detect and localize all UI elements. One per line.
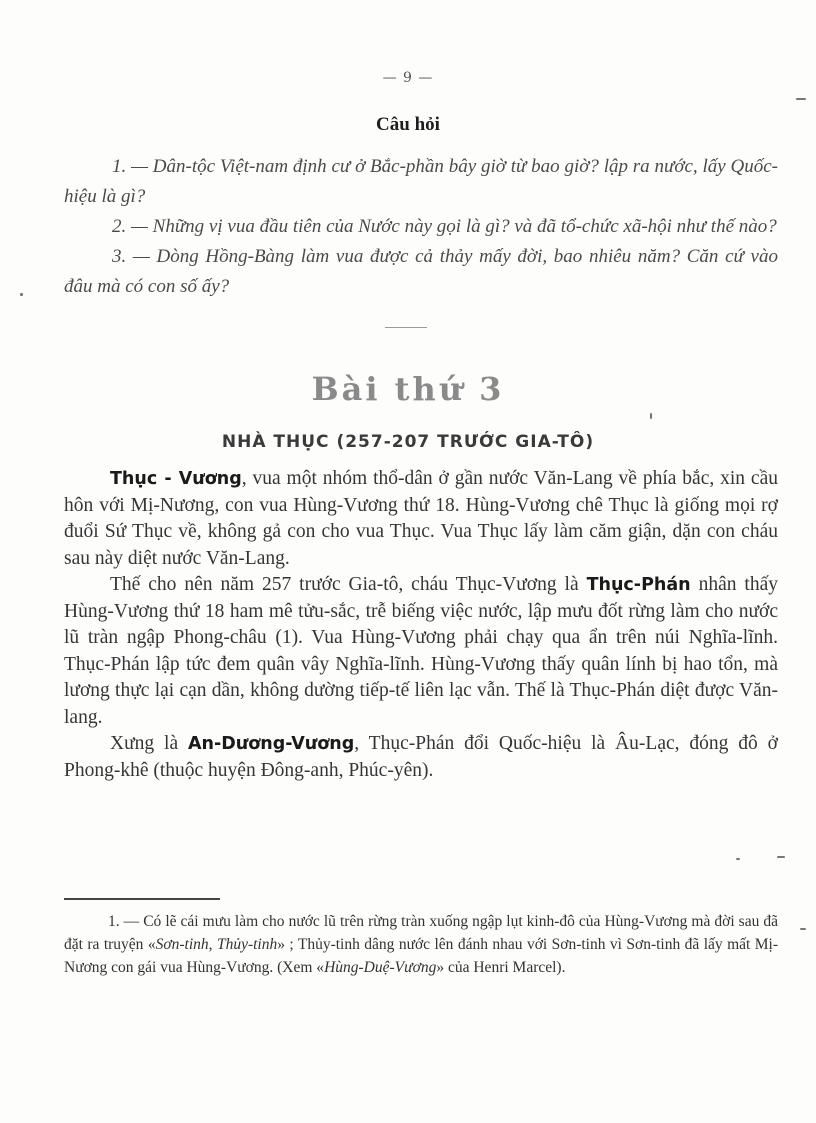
footnote: 1. — Có lẽ cái mưu làm cho nước lũ trên … [64,910,778,979]
paragraph-text: nhân thấy Hùng-Vương thứ 18 ham mê tửu-s… [64,574,778,728]
footnote-rule [64,898,220,900]
scan-speck [777,856,785,858]
question-item: 2. — Những vị vua đầu tiên của Nước này … [64,212,778,242]
lesson-subtitle: NHÀ THỤC (257-207 TRƯỚC GIA-TÔ) [0,432,816,452]
scan-speck [736,858,740,860]
paragraph-3: Xưng là An-Dương-Vương, Thục-Phán đổi Qu… [64,731,778,784]
scan-speck [800,928,806,930]
paragraph-1: Thục - Vương, vua một nhóm thổ-dân ở gần… [64,466,778,572]
scan-speck [650,413,652,419]
document-page: — 9 — Câu hỏi 1. — Dân-tộc Việt-nam định… [0,0,816,1123]
lesson-title: Bài thứ 3 [0,370,816,408]
bold-term: An-Dương-Vương [188,734,354,754]
bold-term: Thục - Vương [110,469,242,489]
lesson-body: Thục - Vương, vua một nhóm thổ-dân ở gần… [64,466,778,784]
footnote-1: 1. — Có lẽ cái mưu làm cho nước lũ trên … [64,910,778,979]
paragraph-text: Thế cho nên năm 257 trước Gia-tô, cháu T… [110,574,587,595]
scan-speck [796,98,806,100]
paragraph-text: Xưng là [110,733,188,754]
paragraph-2: Thế cho nên năm 257 trước Gia-tô, cháu T… [64,572,778,731]
section-separator [385,327,427,328]
footnote-text: » của Henri Marcel). [436,959,565,976]
questions-list: 1. — Dân-tộc Việt-nam định cư ở Bắc-phần… [64,152,778,302]
question-item: 3. — Dòng Hồng-Bàng làm vua được cả thảy… [64,242,778,302]
scan-speck [20,293,23,296]
questions-heading: Câu hỏi [0,114,816,136]
question-item: 1. — Dân-tộc Việt-nam định cư ở Bắc-phần… [64,152,778,212]
footnote-italic-title: Hùng-Duệ-Vương [324,959,436,976]
page-number: — 9 — [0,70,816,86]
bold-term: Thục-Phán [587,575,691,595]
footnote-italic-title: Sơn-tinh, Thủy-tinh [156,936,278,953]
